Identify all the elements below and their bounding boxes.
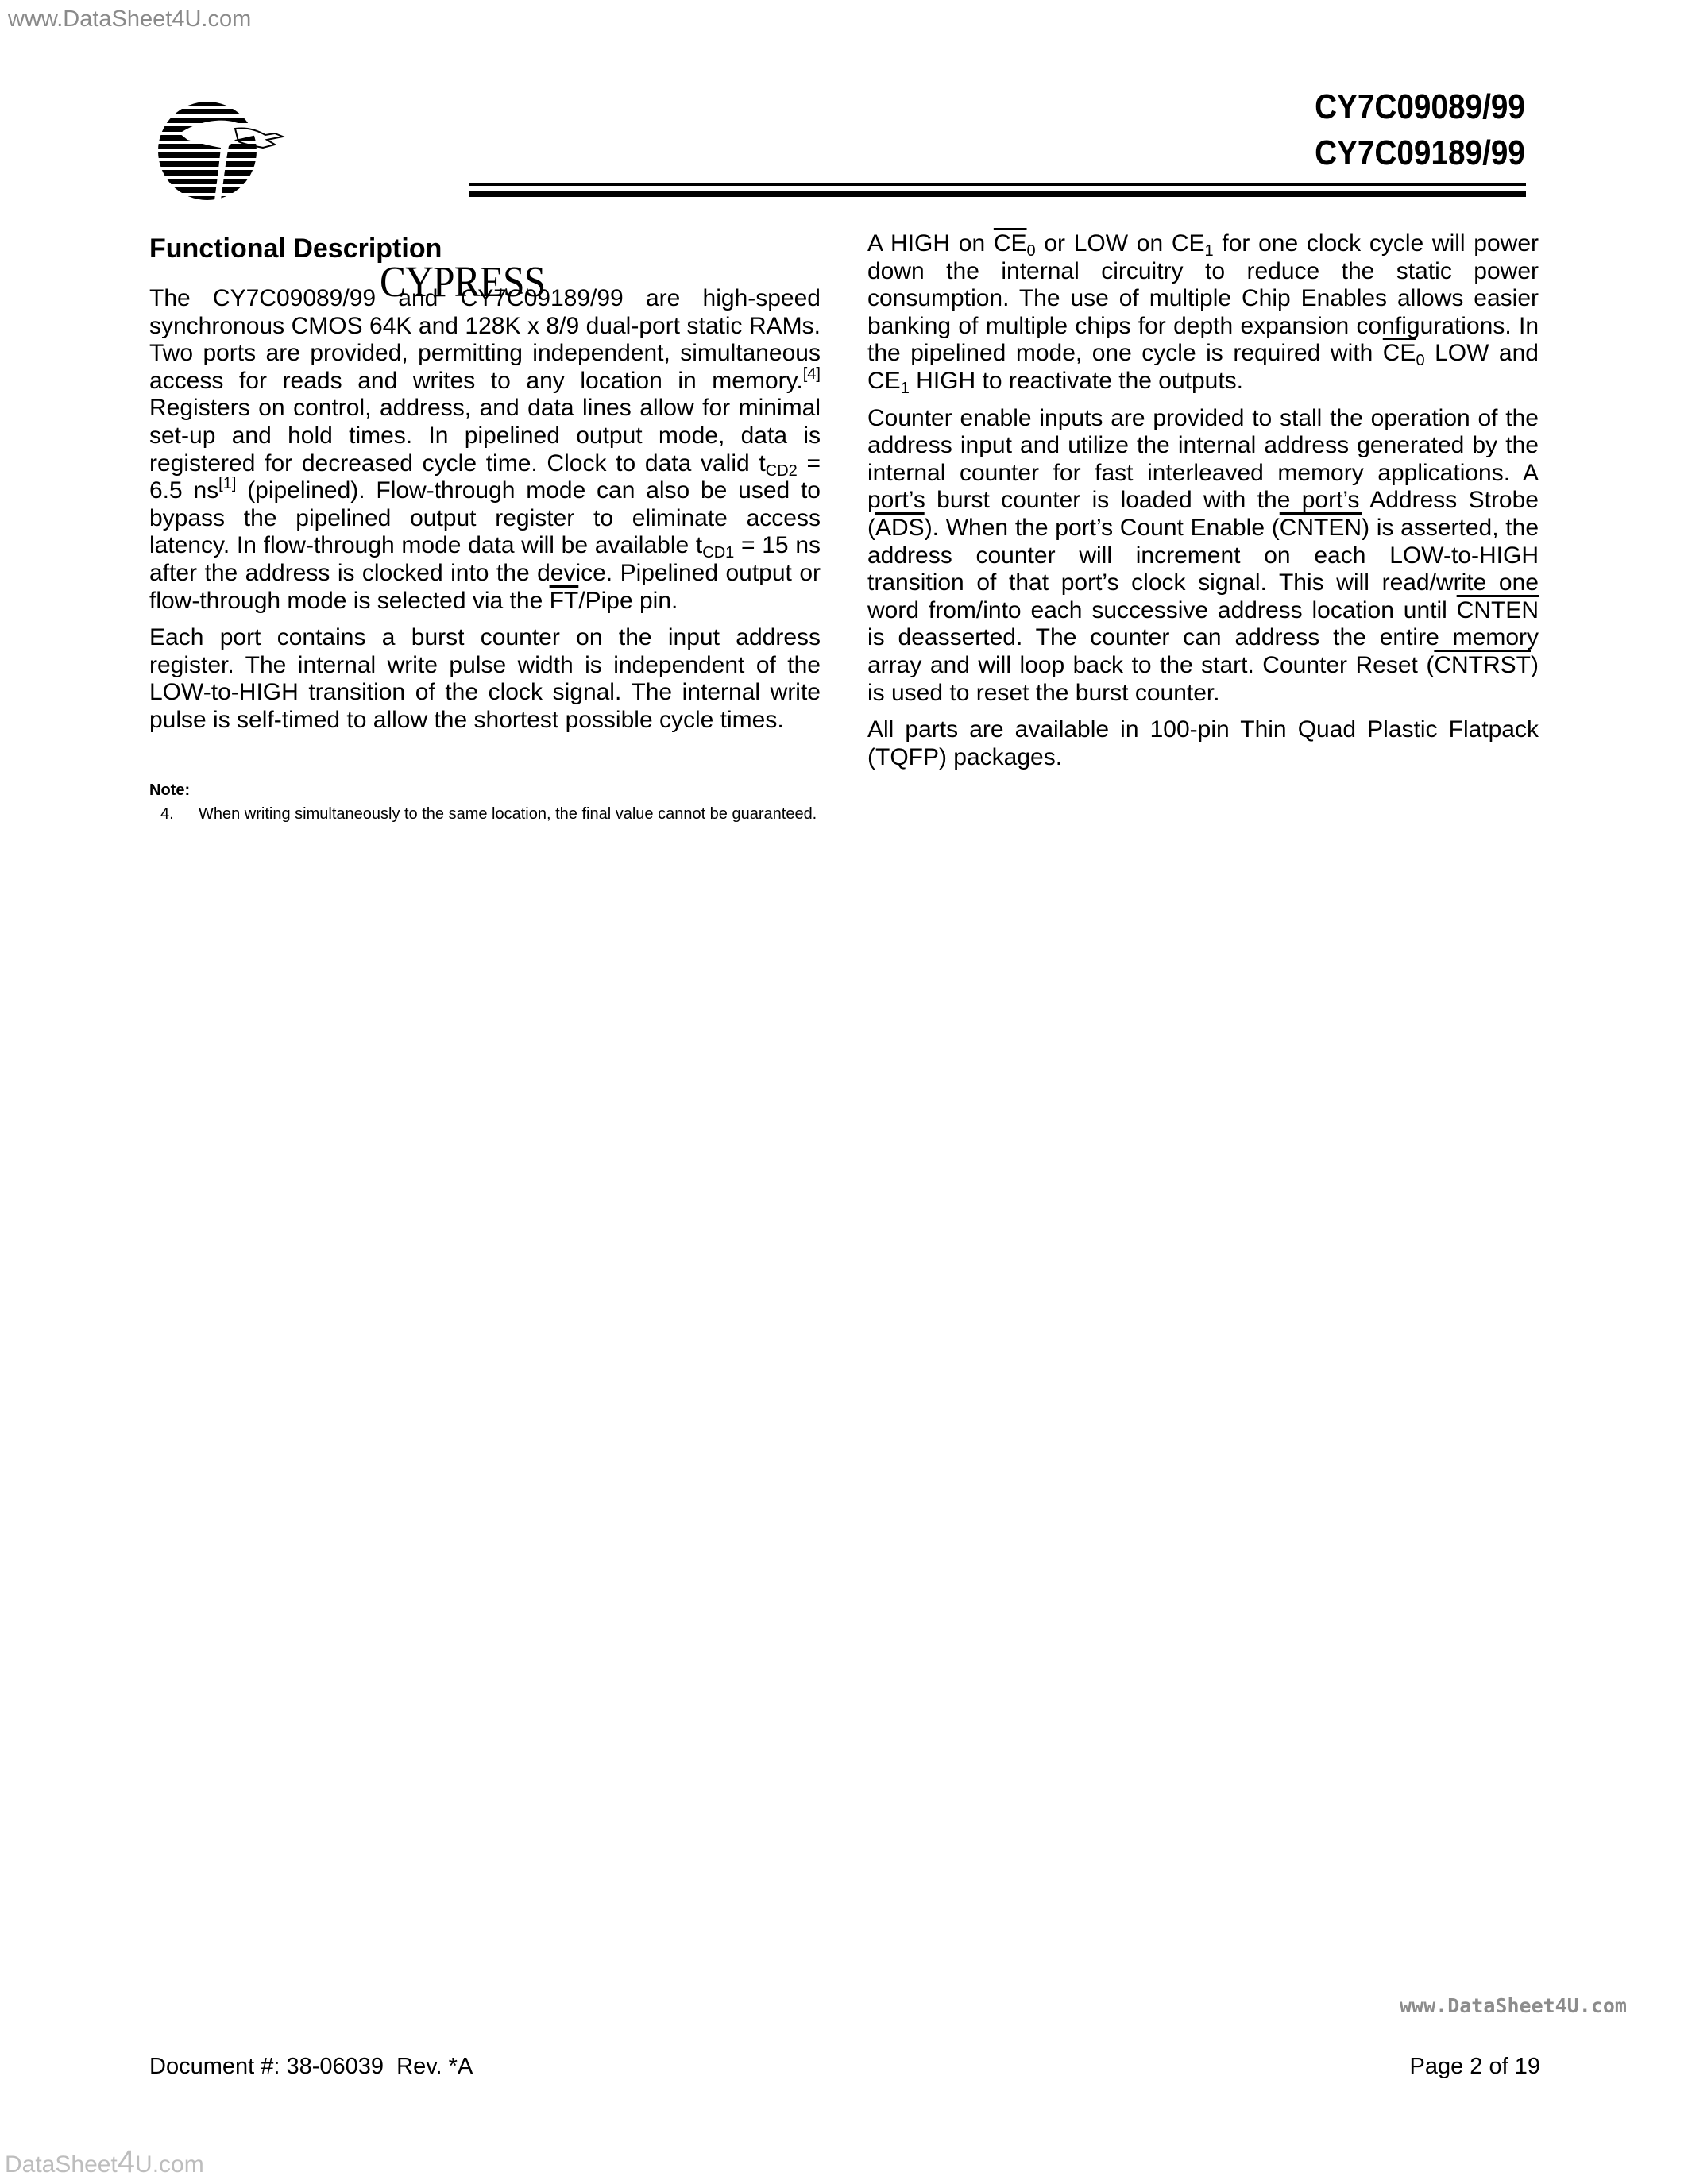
- part-number-2: CY7C09189/99: [1315, 130, 1525, 176]
- signal-cnten: CNTEN: [1280, 515, 1362, 541]
- footer-document-number: Document #: 38-06039 Rev. *A: [149, 2054, 473, 2080]
- section-title: Functional Description: [149, 233, 821, 264]
- signal-ads: ADS: [875, 515, 925, 541]
- signal-ce0: CE: [1383, 340, 1416, 366]
- part-number-1: CY7C09089/99: [1315, 84, 1525, 130]
- note-item: 4.When writing simultaneously to the sam…: [149, 802, 817, 826]
- text: 4: [118, 2144, 135, 2179]
- paragraph-intro: The CY7C09089/99 and CY7C09189/99 are hi…: [149, 285, 821, 615]
- text: A HIGH on: [867, 230, 994, 257]
- left-column: Functional Description The CY7C09089/99 …: [149, 226, 821, 744]
- text: ). When the port’s Count Enable (: [925, 515, 1280, 541]
- text: The CY7C09089/99 and CY7C09189/99 are hi…: [149, 285, 821, 394]
- paragraph-chip-enable: A HIGH on CE0 or LOW on CE1 for one cloc…: [867, 230, 1539, 396]
- notes-label: Note:: [149, 778, 817, 802]
- signal-cntrst: CNTRST: [1434, 652, 1531, 678]
- reference-4[interactable]: [4]: [803, 365, 821, 383]
- part-numbers: CY7C09089/99 CY7C09189/99: [1315, 84, 1525, 176]
- text: /Pipe pin.: [578, 588, 678, 614]
- watermark-top: www.DataSheet4U.com: [8, 6, 251, 33]
- note-text: When writing simultaneously to the same …: [199, 805, 817, 823]
- cypress-logo: CYPRESS: [156, 98, 489, 202]
- text: Registers on control, address, and data …: [149, 395, 821, 476]
- watermark-bottom-right: www.DataSheet4U.com: [1400, 1994, 1627, 2017]
- text: or LOW on CE: [1036, 230, 1205, 257]
- text: U.com: [135, 2151, 204, 2178]
- paragraph-burst-counter: Each port contains a burst counter on th…: [149, 624, 821, 734]
- right-column: A HIGH on CE0 or LOW on CE1 for one cloc…: [867, 230, 1539, 781]
- signal-cnten: CNTEN: [1457, 597, 1539, 623]
- footer-page-number: Page 2 of 19: [1410, 2054, 1540, 2080]
- signal-ft: FT: [550, 588, 579, 614]
- reference-1[interactable]: [1]: [218, 475, 236, 492]
- header-rule-thin: [469, 183, 1526, 186]
- paragraph-counter-enable: Counter enable inputs are provided to st…: [867, 405, 1539, 708]
- header-rule-thick: [469, 191, 1526, 197]
- note-number: 4.: [160, 802, 199, 826]
- text: HIGH to reactivate the outputs.: [910, 368, 1243, 394]
- cypress-globe-icon: [156, 98, 362, 202]
- subscript: 1: [901, 380, 910, 397]
- subscript: 0: [1416, 352, 1424, 369]
- paragraph-packages: All parts are available in 100-pin Thin …: [867, 716, 1539, 771]
- signal-ce0: CE: [994, 230, 1027, 257]
- watermark-bottom-left: DataSheet4U.com: [5, 2144, 204, 2180]
- text: DataSheet: [5, 2151, 118, 2178]
- notes: Note: 4.When writing simultaneously to t…: [149, 778, 817, 826]
